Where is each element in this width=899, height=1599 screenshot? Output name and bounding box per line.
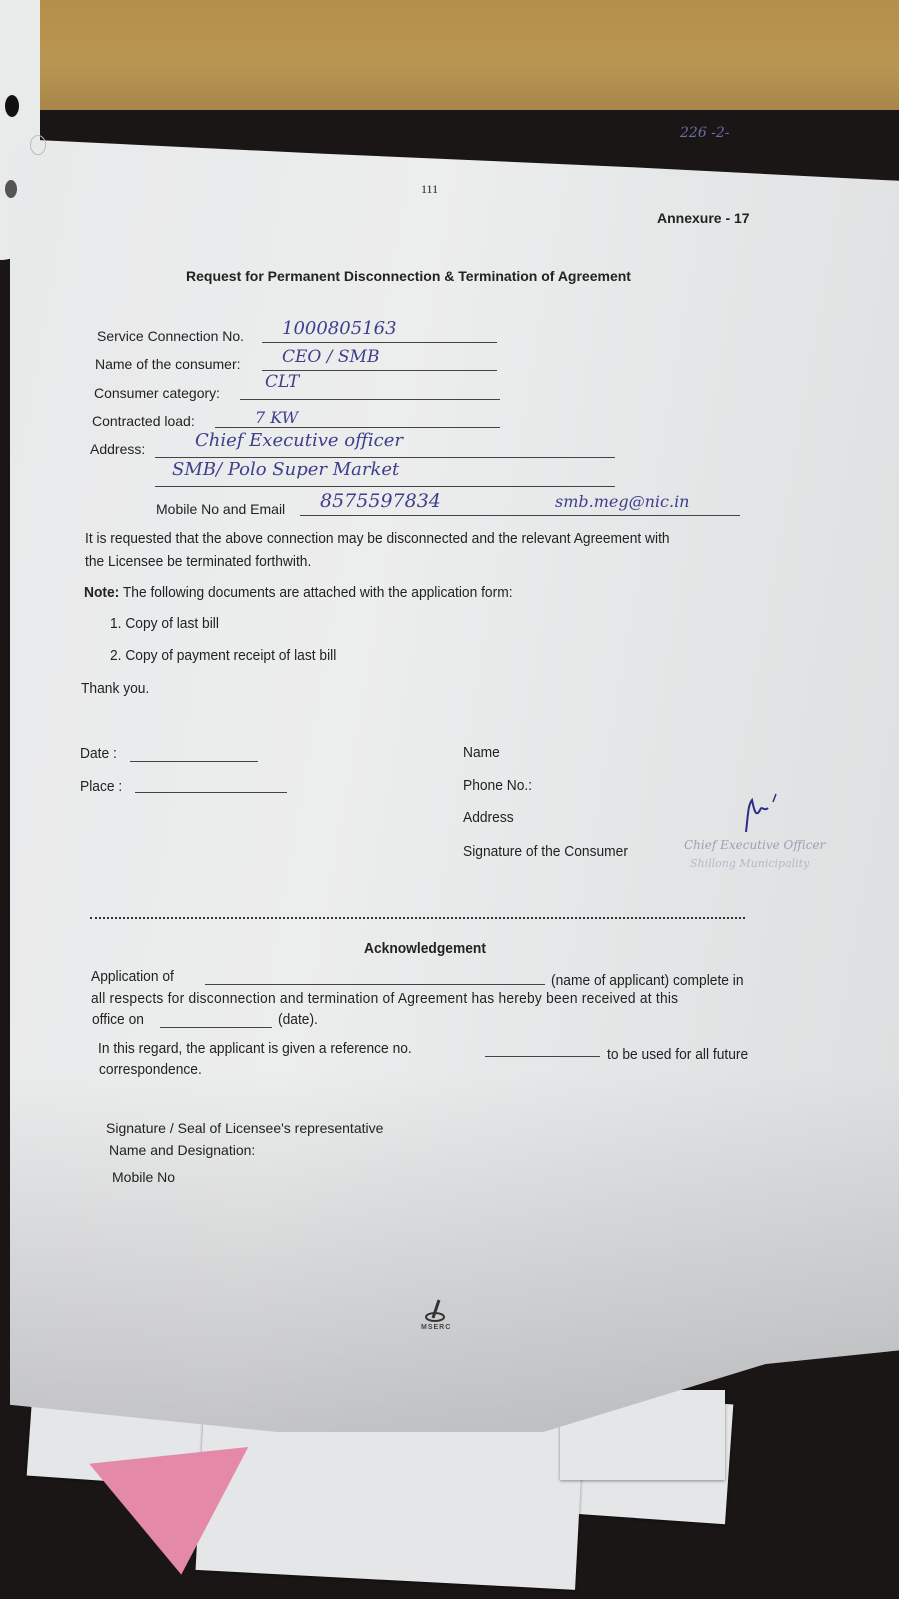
contracted-load-line bbox=[215, 427, 500, 428]
ref-text-end: to be used for all future bbox=[607, 1046, 748, 1063]
mobile-email-label: Mobile No and Email bbox=[156, 501, 285, 517]
licensee-signature-label: Signature / Seal of Licensee's represent… bbox=[106, 1120, 383, 1136]
attachment-item: 2. Copy of payment receipt of last bill bbox=[110, 647, 336, 664]
note-label: Note: bbox=[84, 584, 119, 601]
form-title: Request for Permanent Disconnection & Te… bbox=[186, 268, 631, 284]
attachment-item: 1. Copy of last bill bbox=[110, 615, 219, 632]
consumer-name-value[interactable]: CEO / SMB bbox=[282, 347, 379, 367]
consumer-category-value[interactable]: CLT bbox=[265, 372, 299, 392]
separator-dashed-line bbox=[90, 917, 745, 919]
ref-text-line2: correspondence. bbox=[99, 1061, 202, 1078]
note-text: The following documents are attached wit… bbox=[123, 584, 513, 601]
licensee-mobile-label: Mobile No bbox=[112, 1169, 175, 1185]
service-connection-value[interactable]: 1000805163 bbox=[282, 318, 397, 339]
punch-hole bbox=[5, 180, 17, 198]
phone-label: Phone No.: bbox=[463, 777, 532, 794]
kraft-folder-background bbox=[0, 0, 899, 110]
contracted-load-value[interactable]: 7 KW bbox=[255, 408, 298, 427]
page-number: 111 bbox=[421, 182, 438, 197]
address-line-2 bbox=[155, 486, 615, 487]
address-value-line1[interactable]: Chief Executive officer bbox=[195, 430, 403, 451]
consumer-category-line bbox=[240, 399, 500, 400]
handwritten-page-ref: 226 -2- bbox=[680, 125, 730, 141]
stamp-text: Shillong Municipality bbox=[690, 857, 809, 870]
received-date-field[interactable] bbox=[160, 1027, 272, 1028]
consumer-category-label: Consumer category: bbox=[94, 385, 220, 401]
pink-paper-tab bbox=[89, 1447, 261, 1583]
request-text-line2: the Licensee be terminated forthwith. bbox=[85, 553, 311, 570]
address-value-line2[interactable]: SMB/ Polo Super Market bbox=[172, 459, 399, 480]
punch-hole bbox=[5, 95, 19, 117]
punch-hole bbox=[30, 135, 46, 155]
service-connection-line bbox=[262, 342, 497, 343]
consumer-name-label: Name of the consumer: bbox=[95, 356, 241, 372]
mserc-logo-icon bbox=[423, 1298, 449, 1324]
ref-text-start: In this regard, the applicant is given a… bbox=[98, 1040, 412, 1057]
ack-line1-start: Application of bbox=[91, 968, 174, 985]
date-field[interactable] bbox=[130, 761, 258, 762]
signoff-address-label: Address bbox=[463, 809, 514, 826]
annexure-label: Annexure - 17 bbox=[657, 210, 750, 226]
address-line-1 bbox=[155, 457, 615, 458]
reference-no-field[interactable] bbox=[485, 1056, 600, 1057]
applicant-name-field[interactable] bbox=[205, 984, 545, 985]
signature-scribble-icon bbox=[738, 790, 788, 840]
mserc-logo-text: MSERC bbox=[421, 1324, 451, 1331]
place-field[interactable] bbox=[135, 792, 287, 793]
acknowledgement-heading: Acknowledgement bbox=[364, 940, 486, 957]
ack-line3-end: (date). bbox=[278, 1011, 318, 1028]
email-value[interactable]: smb.meg@nic.in bbox=[555, 492, 689, 511]
ack-line2: all respects for disconnection and termi… bbox=[91, 990, 678, 1007]
ack-line1-end: (name of applicant) complete in bbox=[551, 972, 744, 989]
address-label: Address: bbox=[90, 441, 145, 457]
signature-label: Signature of the Consumer bbox=[463, 843, 628, 860]
thank-you-text: Thank you. bbox=[81, 680, 149, 697]
date-label: Date : bbox=[80, 745, 117, 762]
mobile-email-line bbox=[300, 515, 740, 516]
ack-line3-start: office on bbox=[92, 1011, 144, 1028]
place-label: Place : bbox=[80, 778, 122, 795]
stamp-text: Chief Executive Officer bbox=[684, 838, 825, 852]
name-designation-label: Name and Designation: bbox=[109, 1142, 255, 1158]
service-connection-label: Service Connection No. bbox=[97, 328, 244, 344]
name-label: Name bbox=[463, 744, 500, 761]
request-text-line1: It is requested that the above connectio… bbox=[85, 530, 670, 547]
mobile-value[interactable]: 8575597834 bbox=[320, 490, 441, 512]
consumer-name-line bbox=[262, 370, 497, 371]
contracted-load-label: Contracted load: bbox=[92, 413, 195, 429]
